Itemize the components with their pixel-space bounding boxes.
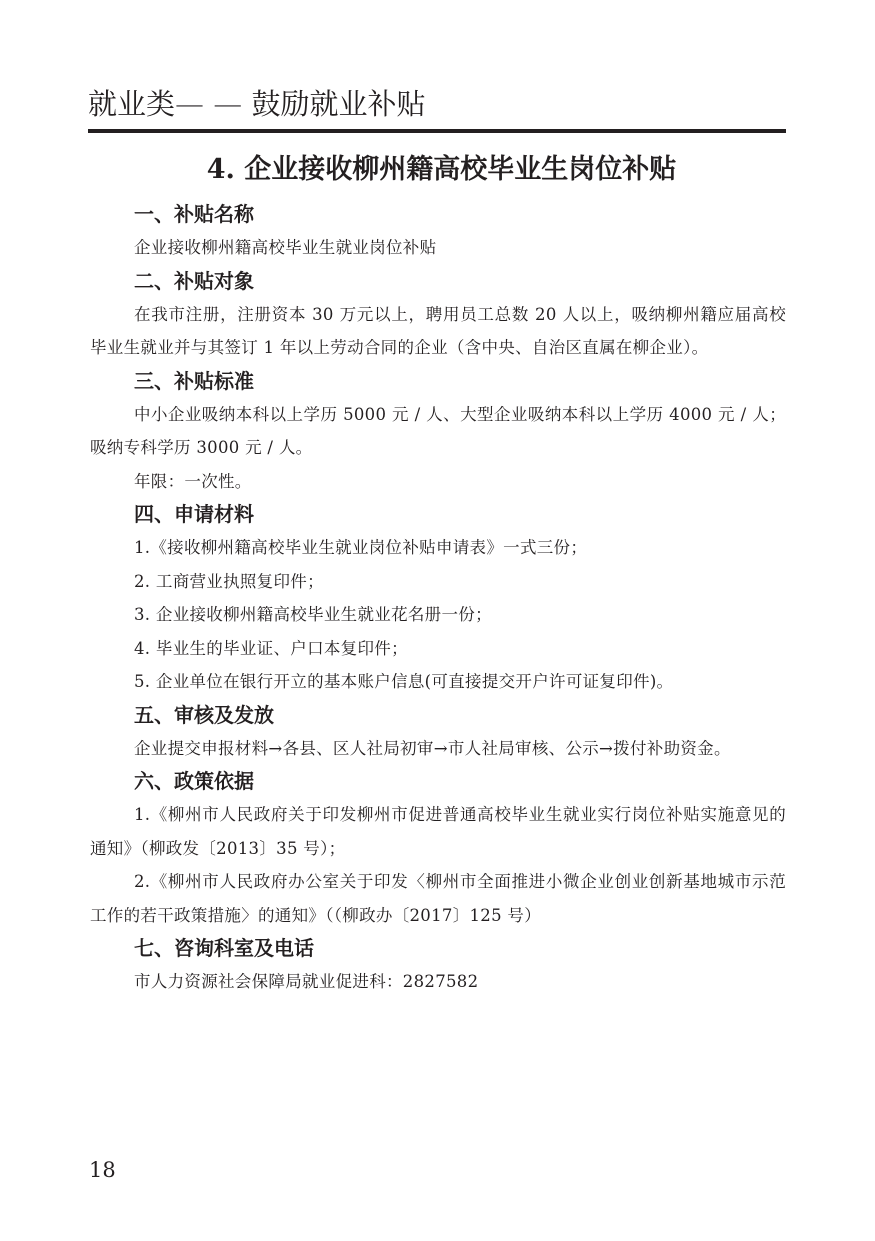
list-item: 2. 工商营业执照复印件； <box>90 565 786 599</box>
list-item: 1.《接收柳州籍高校毕业生就业岗位补贴申请表》一式三份； <box>90 531 786 565</box>
section-subsidy-target: 二、补贴对象 在我市注册，注册资本 30 万元以上，聘用员工总数 20 人以上，… <box>90 265 786 365</box>
document-body: 一、补贴名称 企业接收柳州籍高校毕业生就业岗位补贴 二、补贴对象 在我市注册，注… <box>90 198 786 999</box>
header-rule-divider <box>88 129 786 133</box>
header-title: 就业类— — 鼓励就业补贴 <box>88 86 786 122</box>
paragraph: 2.《柳州市人民政府办公室关于印发〈柳州市全面推进小微企业创业创新基地城市示范工… <box>90 865 786 932</box>
paragraph: 中小企业吸纳本科以上学历 5000 元 / 人、大型企业吸纳本科以上学历 400… <box>90 398 786 465</box>
contact-line: 市人力资源社会保障局就业促进科：2827582 <box>90 965 786 999</box>
paragraph: 1.《柳州市人民政府关于印发柳州市促进普通高校毕业生就业实行岗位补贴实施意见的通… <box>90 798 786 865</box>
header-category: 就业类 <box>88 87 175 121</box>
section-subsidy-standard: 三、补贴标准 中小企业吸纳本科以上学历 5000 元 / 人、大型企业吸纳本科以… <box>90 365 786 499</box>
header-dash: — — <box>175 87 242 121</box>
section-heading: 七、咨询科室及电话 <box>90 932 786 965</box>
section-contact: 七、咨询科室及电话 市人力资源社会保障局就业促进科：2827582 <box>90 932 786 999</box>
section-heading: 五、审核及发放 <box>90 699 786 732</box>
section-subsidy-name: 一、补贴名称 企业接收柳州籍高校毕业生就业岗位补贴 <box>90 198 786 265</box>
section-application-materials: 四、申请材料 1.《接收柳州籍高校毕业生就业岗位补贴申请表》一式三份； 2. 工… <box>90 498 786 699</box>
section-heading: 三、补贴标准 <box>90 365 786 398</box>
section-heading: 二、补贴对象 <box>90 265 786 298</box>
list-item: 4. 毕业生的毕业证、户口本复印件； <box>90 632 786 666</box>
paragraph: 在我市注册，注册资本 30 万元以上，聘用员工总数 20 人以上，吸纳柳州籍应届… <box>90 298 786 365</box>
page-number: 18 <box>89 1156 116 1184</box>
section-heading: 一、补贴名称 <box>90 198 786 231</box>
list-item: 3. 企业接收柳州籍高校毕业生就业花名册一份； <box>90 598 786 632</box>
paragraph: 年限：一次性。 <box>90 465 786 499</box>
running-header: 就业类— — 鼓励就业补贴 <box>88 86 786 122</box>
list-item: 5. 企业单位在银行开立的基本账户信息(可直接提交开户许可证复印件)。 <box>90 665 786 699</box>
section-review-and-payment: 五、审核及发放 企业提交申报材料→各县、区人社局初审→市人社局审核、公示→拨付补… <box>90 699 786 766</box>
document-title: 4. 企业接收柳州籍高校毕业生岗位补贴 <box>0 152 875 188</box>
header-subcategory: 鼓励就业补贴 <box>251 87 425 121</box>
paragraph: 企业接收柳州籍高校毕业生就业岗位补贴 <box>90 231 786 265</box>
section-heading: 四、申请材料 <box>90 498 786 531</box>
paragraph: 企业提交申报材料→各县、区人社局初审→市人社局审核、公示→拨付补助资金。 <box>90 732 786 766</box>
section-heading: 六、政策依据 <box>90 765 786 798</box>
section-policy-basis: 六、政策依据 1.《柳州市人民政府关于印发柳州市促进普通高校毕业生就业实行岗位补… <box>90 765 786 932</box>
